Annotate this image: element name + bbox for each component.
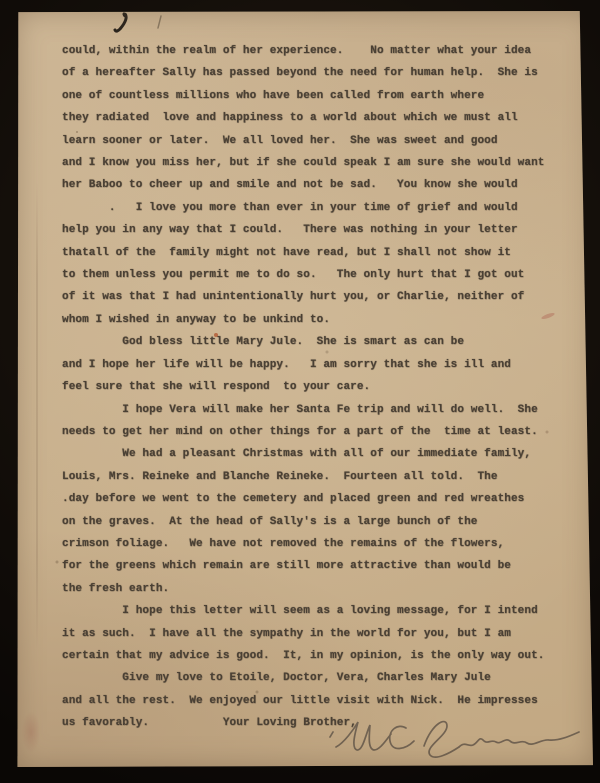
letter-line: of a hereafter Sally has passed beyond t… <box>62 62 578 84</box>
letter-line: certain that my advice is good. It, in m… <box>62 645 578 667</box>
signature-handwriting <box>328 703 586 773</box>
letter-line: I hope this letter will seem as a loving… <box>62 600 578 622</box>
ink-mark <box>98 11 198 39</box>
letter-body: could, within the realm of her experienc… <box>62 40 578 735</box>
photo-background: could, within the realm of her experienc… <box>0 0 600 783</box>
letter-line: God bless little Mary Jule. She is smart… <box>62 331 578 353</box>
letter-line: it as such. I have all the sympathy in t… <box>62 623 578 645</box>
letter-line: of it was that I had unintentionally hur… <box>62 286 578 308</box>
letter-line: on the graves. At the head of Sally's is… <box>62 511 578 533</box>
letter-line: I hope Vera will make her Santa Fe trip … <box>62 399 578 421</box>
paper-speckles <box>76 131 78 133</box>
letter-line: Louis, Mrs. Reineke and Blanche Reineke.… <box>62 466 578 488</box>
letter-line: .day before we went to the cemetery and … <box>62 488 578 510</box>
letter-line: the fresh earth. <box>62 578 578 600</box>
letter-line: thatall of the family might not have rea… <box>62 242 578 264</box>
letter-line: and I know you miss her, but if she coul… <box>62 152 578 174</box>
letter-line: learn sooner or later. We all loved her.… <box>62 130 578 152</box>
paper-crease <box>36 181 38 651</box>
letter-line: they radiated love and happiness to a wo… <box>62 107 578 129</box>
letter-line: needs to get her mind on other things fo… <box>62 421 578 443</box>
letter-line: whom I wished in anyway to be unkind to. <box>62 309 578 331</box>
letter-line: Give my love to Etoile, Doctor, Vera, Ch… <box>62 667 578 689</box>
edge-smudge <box>18 703 44 761</box>
letter-line: to them unless you permit me to do so. T… <box>62 264 578 286</box>
letter-line: one of countless millions who have been … <box>62 85 578 107</box>
letter-line: crimson foliage. We have not removed the… <box>62 533 578 555</box>
letter-line: and I hope her life will be happy. I am … <box>62 354 578 376</box>
letter-line: her Baboo to cheer up and smile and not … <box>62 174 578 196</box>
letter-line: for the greens which remain are still mo… <box>62 555 578 577</box>
letter-line: could, within the realm of her experienc… <box>62 40 578 62</box>
letter-page: could, within the realm of her experienc… <box>16 11 593 767</box>
letter-line: . I love you more than ever in your time… <box>62 197 578 219</box>
letter-line: feel sure that she will respond to your … <box>62 376 578 398</box>
letter-line: We had a pleasant Christmas with all of … <box>62 443 578 465</box>
ink-fleck <box>214 333 218 337</box>
letter-line: help you in any way that I could. There … <box>62 219 578 241</box>
